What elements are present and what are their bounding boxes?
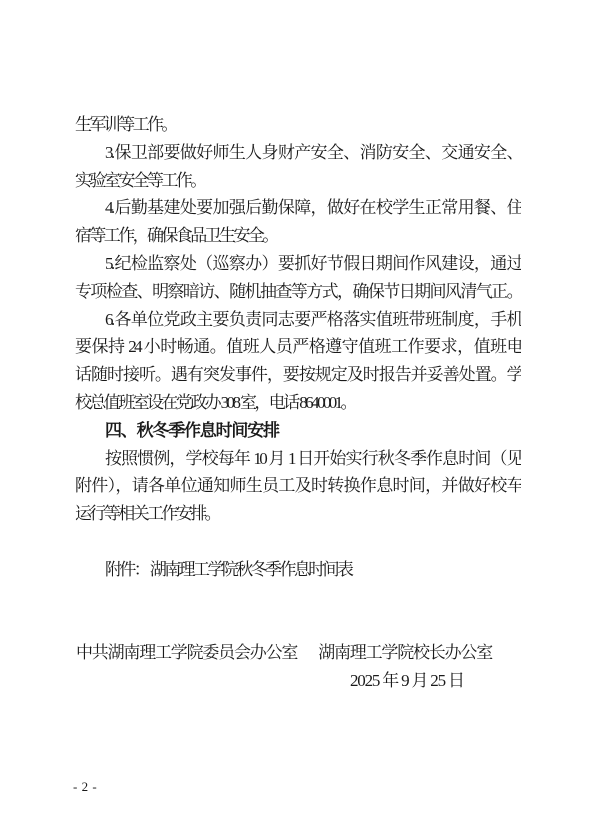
text-line: 专项检查、明察暗访、随机抽查等方式，确保节日期间风清气正。 bbox=[75, 278, 521, 306]
text-line: 附件），请各单位通知师生员工及时转换作息时间，并做好校车 bbox=[75, 472, 521, 500]
text-line: 6.各单位党政主要负责同志要严格落实值班带班制度，手机 bbox=[75, 306, 521, 334]
text-line: 4.后勤基建处要加强后勤保障，做好在校学生正常用餐、住 bbox=[75, 194, 521, 222]
signature-offices: 中共湖南理工学院委员会办公室 湖南理工学院校长办公室 bbox=[76, 639, 522, 667]
text-line: 宿等工作，确保食品卫生安全。 bbox=[75, 222, 521, 250]
document-body: 生军训等工作。3.保卫部要做好师生人身财产安全、消防安全、交通安全、实验室安全等… bbox=[75, 111, 521, 584]
text-line: 校总值班室设在党政办 308 室，电话 8640001。 bbox=[75, 389, 521, 417]
signature-date: 2025 年 9 月 25 日 bbox=[350, 667, 522, 695]
text-line: 要保持 24 小时畅通。值班人员严格遵守值班工作要求，值班电 bbox=[75, 333, 521, 361]
blank-line bbox=[75, 528, 521, 556]
text-line: 3.保卫部要做好师生人身财产安全、消防安全、交通安全、 bbox=[75, 139, 521, 167]
signature-block: 中共湖南理工学院委员会办公室 湖南理工学院校长办公室 2025 年 9 月 25… bbox=[76, 639, 522, 695]
page-number: - 2 - bbox=[73, 779, 97, 794]
office-name-party-committee: 中共湖南理工学院委员会办公室 bbox=[76, 639, 297, 667]
document-page: 生军训等工作。3.保卫部要做好师生人身财产安全、消防安全、交通安全、实验室安全等… bbox=[0, 0, 593, 838]
text-line: 生军训等工作。 bbox=[75, 111, 521, 139]
text-line: 5.纪检监察处（巡察办）要抓好节假日期间作风建设，通过 bbox=[75, 250, 521, 278]
section-heading: 四、秋冬季作息时间安排 bbox=[75, 417, 521, 445]
text-line: 按照惯例，学校每年 10 月 1 日开始实行秋冬季作息时间（见 bbox=[75, 445, 521, 473]
text-line: 话随时接听。遇有突发事件，要按规定及时报告并妥善处置。学 bbox=[75, 361, 521, 389]
text-line: 附件： 湖南理工学院秋冬季作息时间表 bbox=[75, 556, 521, 584]
office-name-president-office: 湖南理工学院校长办公室 bbox=[318, 639, 492, 667]
text-line: 实验室安全等工作。 bbox=[75, 167, 521, 195]
text-line: 运行等相关工作安排。 bbox=[75, 500, 521, 528]
